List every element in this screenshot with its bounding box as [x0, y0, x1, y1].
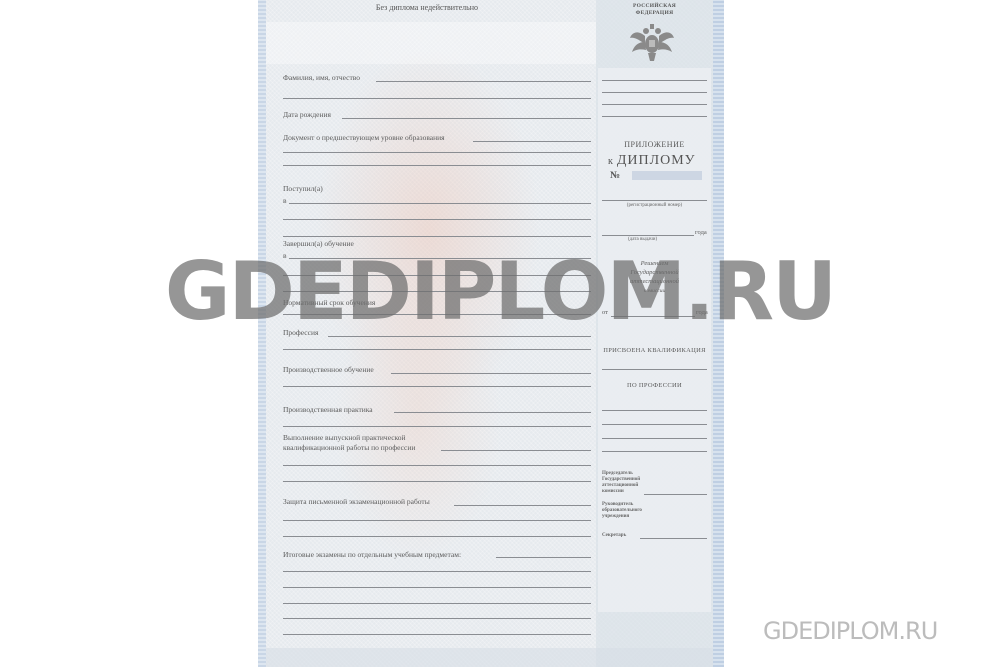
field-label-industrial-training: Производственное обучение [283, 365, 374, 374]
field-label-full-name: Фамилия, имя, отчество [283, 73, 360, 82]
field-line[interactable] [376, 81, 591, 82]
qualification-label: ПРИСВОЕНА КВАЛИФИКАЦИЯ [596, 347, 713, 354]
field-line[interactable] [283, 386, 591, 387]
title-prefix: к [608, 156, 613, 167]
field-line[interactable] [602, 80, 707, 81]
field-line[interactable] [283, 98, 591, 99]
issue-date-caption: (дата выдачи) [628, 237, 657, 242]
field-line[interactable] [283, 426, 591, 427]
field-label-birth-date: Дата рождения [283, 110, 331, 119]
secretary-signature-line[interactable] [640, 538, 707, 539]
field-line[interactable] [342, 118, 591, 119]
field-line[interactable] [602, 104, 707, 105]
reg-number-caption: (регистрационный номер) [596, 203, 713, 208]
secretary-label: Секретарь [602, 533, 626, 538]
head-line3: учреждения [602, 514, 629, 520]
reg-number-line[interactable] [602, 200, 707, 201]
field-label-written-exam-defense: Защита письменной экзаменационной работы [283, 497, 430, 506]
field-line[interactable] [602, 92, 707, 93]
field-line[interactable] [283, 349, 591, 350]
field-line[interactable] [283, 481, 591, 482]
year-word: года [695, 229, 707, 236]
profession-label: ПО ПРОФЕССИИ [596, 382, 713, 389]
number-sign: № [610, 170, 620, 181]
issue-date-line[interactable] [602, 235, 694, 236]
profession-line[interactable] [602, 438, 707, 439]
right-panel [598, 68, 711, 612]
field-line[interactable] [496, 557, 591, 558]
coat-of-arms-icon [626, 22, 678, 64]
field-label-final-work-line2: квалификационной работы по профессии [283, 443, 415, 452]
field-line[interactable] [441, 450, 591, 451]
chair-line4: комиссии [602, 489, 624, 495]
field-line[interactable] [283, 587, 591, 588]
field-prefix-in: в [283, 196, 287, 205]
profession-line[interactable] [602, 451, 707, 452]
supplement-title-line1: ПРИЛОЖЕНИЕ [596, 140, 713, 149]
field-line[interactable] [283, 618, 591, 619]
field-label-final-exams: Итоговые экзамены по отдельным учебным п… [283, 550, 461, 559]
field-line[interactable] [283, 236, 591, 237]
field-label-industrial-practice: Производственная практика [283, 405, 373, 414]
field-line[interactable] [473, 141, 591, 142]
watermark-corner: GDEDIPLOM.RU [763, 617, 937, 645]
field-line[interactable] [289, 203, 591, 204]
watermark-main: GDEDIPLOM.RU [0, 252, 1000, 332]
field-label-final-work: Выполнение выпускной практической [283, 433, 406, 442]
field-line[interactable] [283, 219, 591, 220]
title-main: ДИПЛОМУ [617, 153, 696, 168]
supplement-title: к ДИПЛОМУ [608, 151, 696, 169]
field-label-previous-education: Документ о предшествующем уровне образов… [283, 133, 445, 142]
country-name-line1: РОССИЙСКАЯ [596, 3, 713, 10]
field-line[interactable] [283, 152, 591, 153]
field-line[interactable] [283, 603, 591, 604]
field-line[interactable] [454, 505, 591, 506]
profession-line[interactable] [602, 424, 707, 425]
chair-signature-line[interactable] [644, 494, 707, 495]
field-line[interactable] [283, 571, 591, 572]
field-line[interactable] [283, 634, 591, 635]
diploma-number-field[interactable] [632, 171, 702, 180]
field-line[interactable] [283, 465, 591, 466]
country-name-line2: ФЕДЕРАЦИЯ [596, 10, 713, 17]
field-line[interactable] [602, 116, 707, 117]
validity-note: Без диплома недействительно [258, 3, 596, 12]
profession-line[interactable] [602, 410, 707, 411]
field-line[interactable] [283, 165, 591, 166]
field-line[interactable] [394, 412, 591, 413]
field-label-enrolled: Поступил(а) [283, 184, 323, 193]
field-line[interactable] [391, 373, 591, 374]
field-line[interactable] [283, 520, 591, 521]
field-line[interactable] [283, 536, 591, 537]
qualification-line[interactable] [602, 369, 707, 370]
